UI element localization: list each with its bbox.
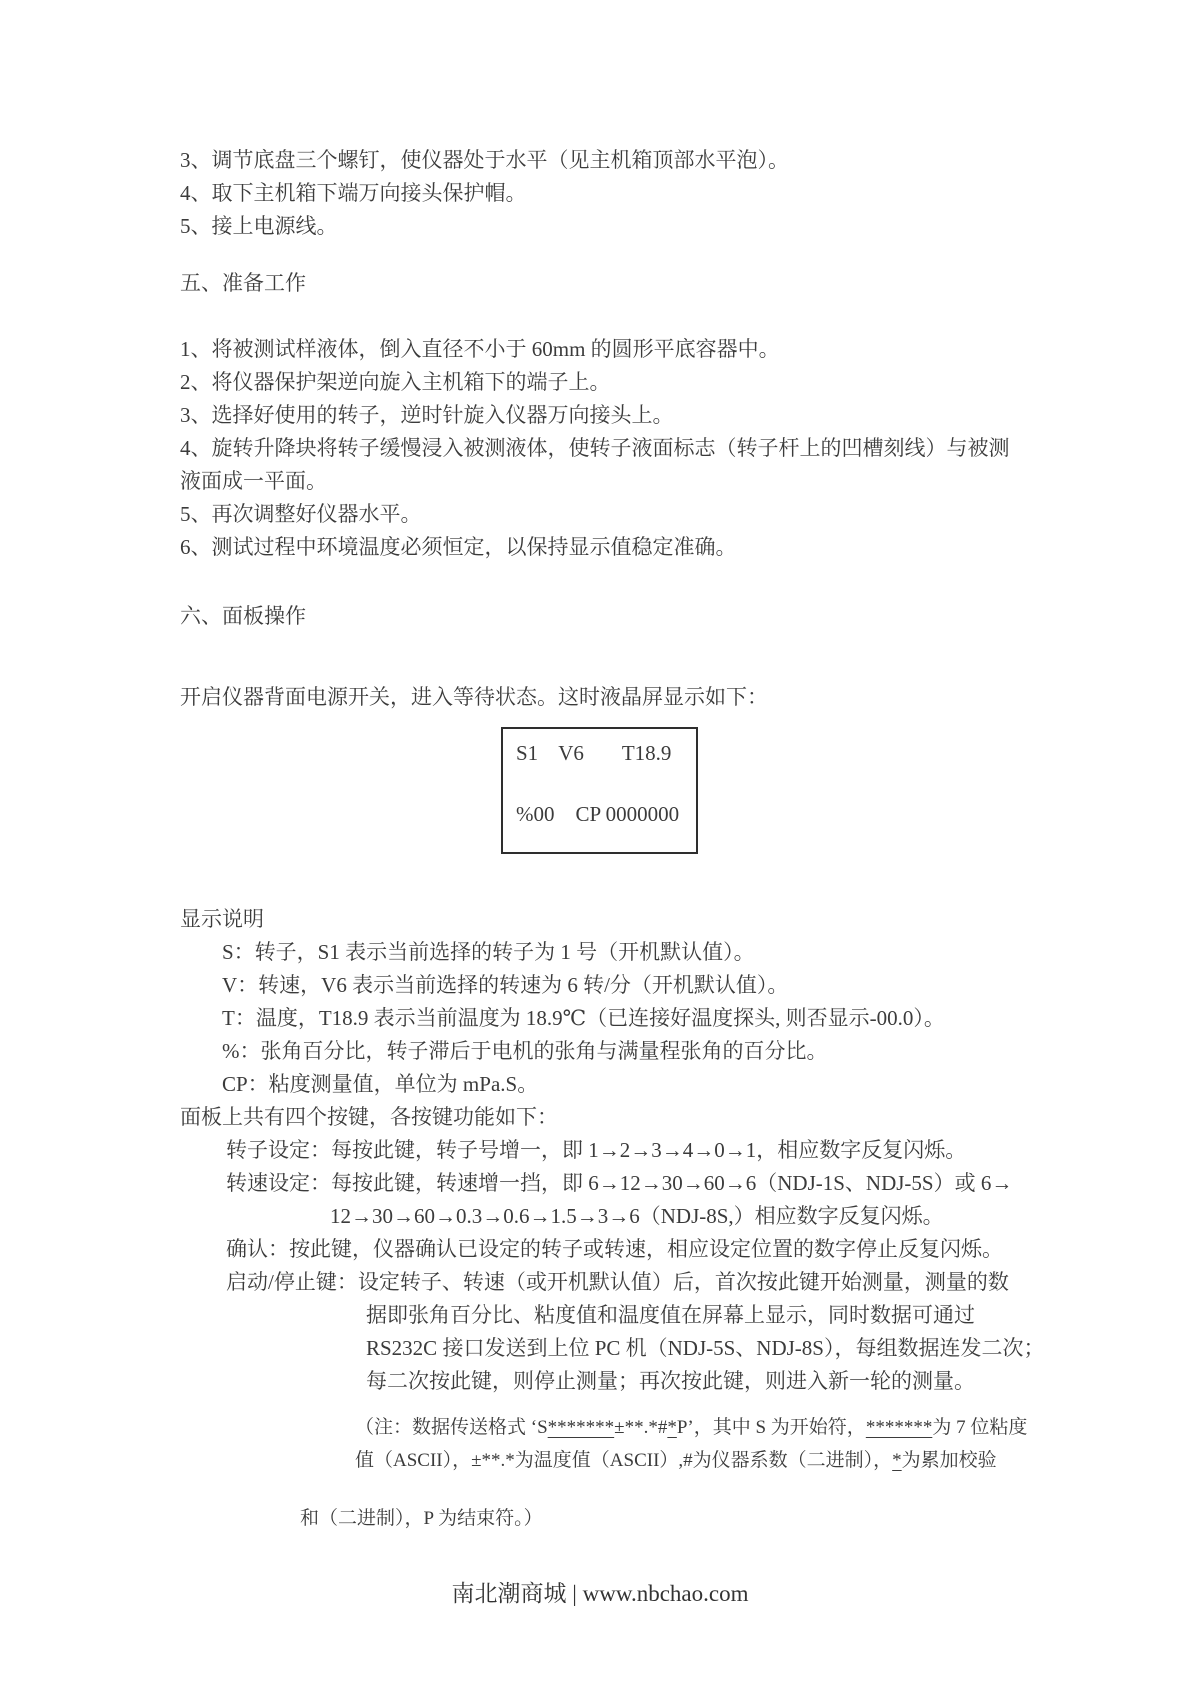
display-explanation-heading: 显示说明 — [180, 903, 1080, 936]
list-item: 5、接上电源线。 — [180, 210, 1080, 243]
preparation-list: 1、将被测试样液体，倒入直径不小于 60mm 的圆形平底容器中。 2、将仪器保护… — [180, 333, 1080, 564]
panel-keys-intro: 面板上共有四个按键，各按键功能如下： — [180, 1101, 1080, 1134]
lcd-temperature-value: T18.9 — [622, 741, 672, 765]
lcd-viscosity-value: CP 0000000 — [576, 802, 680, 826]
key-function-line: 转子设定：每按此键，转子号增一，即 1→2→3→4→0→1，相应数字反复闪烁。 — [180, 1134, 1080, 1167]
panel-keys-list: 转子设定：每按此键，转子号增一，即 1→2→3→4→0→1，相应数字反复闪烁。 … — [180, 1134, 1080, 1398]
key-function-continuation: 12→30→60→0.3→0.6→1.5→3→6（NDJ-8S,）相应数字反复闪… — [180, 1200, 1080, 1233]
lcd-percent-value: %00 — [516, 802, 555, 826]
display-explanation-item: S：转子，S1 表示当前选择的转子为 1 号（开机默认值）。 — [180, 936, 1080, 969]
list-item: 2、将仪器保护架逆向旋入主机箱下的端子上。 — [180, 366, 1080, 399]
key-function-line: 启动/停止键：设定转子、转速（或开机默认值）后，首次按此键开始测量，测量的数 — [180, 1266, 1080, 1299]
display-explanation-item: V：转速，V6 表示当前选择的转速为 6 转/分（开机默认值）。 — [180, 969, 1080, 1002]
display-explanation-item: CP：粘度测量值，单位为 mPa.S。 — [180, 1068, 1080, 1101]
key-function-line: 确认：按此键，仪器确认已设定的转子或转速，相应设定位置的数字停止反复闪烁。 — [180, 1233, 1080, 1266]
section-heading-preparation: 五、准备工作 — [180, 267, 1080, 300]
display-explanation-item: %：张角百分比，转子滞后于电机的张角与满量程张角的百分比。 — [180, 1035, 1080, 1068]
manual-page: 3、调节底盘三个螺钉，使仪器处于水平（见主机箱顶部水平泡）。 4、取下主机箱下端… — [0, 0, 1200, 1697]
panel-operation-intro: 开启仪器背面电源开关，进入等待状态。这时液晶屏显示如下： — [180, 681, 1080, 714]
key-function-continuation: 每二次按此键，则停止测量；再次按此键，则进入新一轮的测量。 — [180, 1365, 1080, 1398]
data-format-note: （注：数据传送格式 ‘S*******±**.*#*P’，其中 S 为开始符，*… — [180, 1411, 1080, 1477]
list-item: 4、取下主机箱下端万向接头保护帽。 — [180, 177, 1080, 210]
list-item: 1、将被测试样液体，倒入直径不小于 60mm 的圆形平底容器中。 — [180, 333, 1080, 366]
note-line: （注：数据传送格式 ‘S*******±**.*#*P’，其中 S 为开始符，*… — [180, 1411, 1080, 1444]
list-item: 6、测试过程中环境温度必须恒定，以保持显示值稳定准确。 — [180, 531, 1080, 564]
list-item: 5、再次调整好仪器水平。 — [180, 498, 1080, 531]
list-item: 3、调节底盘三个螺钉，使仪器处于水平（见主机箱顶部水平泡）。 — [180, 144, 1080, 177]
key-function-line: 转速设定：每按此键，转速增一挡，即 6→12→30→60→6（NDJ-1S、ND… — [180, 1167, 1080, 1200]
display-explanation-item: T：温度，T18.9 表示当前温度为 18.9℃（已连接好温度探头, 则否显示-… — [180, 1002, 1080, 1035]
note-closing-line: 和（二进制），P 为结束符。） — [180, 1502, 1080, 1535]
lcd-speed-value: V6 — [558, 741, 584, 765]
lcd-display: S1V6T18.9 %00CP 0000000 — [501, 727, 698, 854]
lcd-line-2: %00CP 0000000 — [516, 798, 696, 831]
lcd-spindle-value: S1 — [516, 741, 538, 765]
display-explanation-list: S：转子，S1 表示当前选择的转子为 1 号（开机默认值）。 V：转速，V6 表… — [180, 936, 1080, 1101]
footer-brand: 南北潮商城 | www.nbchao.com — [0, 1577, 1200, 1610]
note-line: 值（ASCII），±**.*为温度值（ASCII）,#为仪器系数（二进制），*为… — [180, 1444, 1080, 1477]
list-item: 4、旋转升降块将转子缓慢浸入被测液体，使转子液面标志（转子杆上的凹槽刻线）与被测 — [180, 432, 1080, 465]
section-heading-panel-operation: 六、面板操作 — [180, 600, 1080, 633]
list-item: 3、选择好使用的转子，逆时针旋入仪器万向接头上。 — [180, 399, 1080, 432]
list-item-continuation: 液面成一平面。 — [180, 465, 1080, 498]
key-function-continuation: RS232C 接口发送到上位 PC 机（NDJ-5S、NDJ-8S），每组数据连… — [180, 1332, 1080, 1365]
lcd-line-1: S1V6T18.9 — [516, 737, 696, 770]
key-function-continuation: 据即张角百分比、粘度值和温度值在屏幕上显示，同时数据可通过 — [180, 1299, 1080, 1332]
